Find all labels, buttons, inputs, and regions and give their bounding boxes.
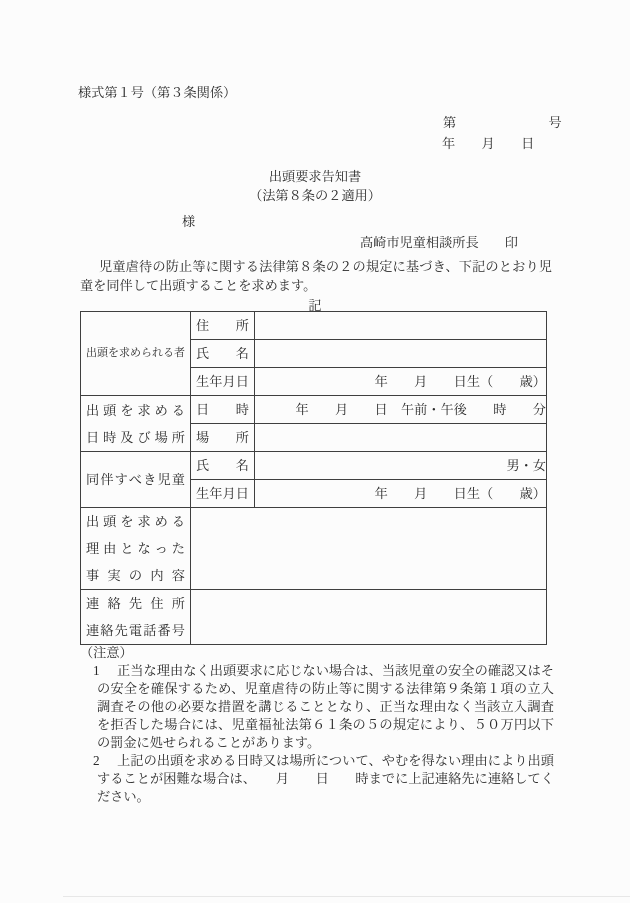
field-label-place: 場所 <box>191 424 255 452</box>
body-paragraph: 児童虐待の防止等に関する法律第８条の２の規定に基づき、下記のとおり児童を同伴して… <box>80 257 552 295</box>
value-datetime: 年 月 日 午前・午後 時 分 <box>255 396 547 424</box>
field-label-child-birth: 生年月日 <box>191 480 255 508</box>
group-label-reason: 出頭を求める理由となった事実の内容 <box>81 508 191 590</box>
field-label-datetime: 日時 <box>191 396 255 424</box>
group-label-contact: 連絡先住所連絡先電話番号 <box>81 590 191 645</box>
group-label-child: 同伴すべき児童 <box>81 452 191 508</box>
document-title: 出頭要求告知書 <box>0 166 630 185</box>
value-place <box>255 424 547 452</box>
document-page: 様式第１号（第３条関係） 第 号 年 月 日 出頭要求告知書 （法第８条の２適用… <box>0 0 630 903</box>
field-label-summoned-birth: 生年月日 <box>191 368 255 396</box>
note-item-1: 1正当な理由なく出頭要求に応じない場合は、当該児童の安全の確認又はその安全を確保… <box>97 662 554 752</box>
value-contact <box>191 590 547 645</box>
table-row: 出頭を求められる者 住所 <box>81 312 547 340</box>
field-label-child-name: 氏名 <box>191 452 255 480</box>
value-reason <box>191 508 547 590</box>
note-number-2: 2 <box>93 752 117 770</box>
summon-table: 出頭を求められる者 住所 氏名 生年月日 年 月 日生（ 歳） 出頭を求める日時… <box>80 311 547 645</box>
note-text-2: 上記の出頭を求める日時又は場所について、やむを得ない理由により出頭することが困難… <box>97 753 554 804</box>
value-summoned-address <box>255 312 547 340</box>
note-item-2: 2上記の出頭を求める日時又は場所について、やむを得ない理由により出頭することが困… <box>97 752 554 806</box>
form-id: 様式第１号（第３条関係） <box>78 82 236 101</box>
page-edge-line <box>63 896 630 897</box>
notes-heading: （注意） <box>80 644 554 662</box>
issuer-name: 高崎市児童相談所長 <box>360 235 479 250</box>
note-text-1: 正当な理由なく出頭要求に応じない場合は、当該児童の安全の確認又はその安全を確保す… <box>97 663 554 750</box>
table-row: 出頭を求める理由となった事実の内容 <box>81 508 547 590</box>
recipient-honorific: 様 <box>182 211 195 230</box>
field-label-summoned-name: 氏名 <box>191 340 255 368</box>
document-subtitle: （法第８条の２適用） <box>0 185 630 204</box>
seal-label: 印 <box>505 235 518 250</box>
value-summoned-name <box>255 340 547 368</box>
document-date-line: 年 月 日 <box>442 133 534 152</box>
group-label-summoned: 出頭を求められる者 <box>81 312 191 396</box>
note-number-1: 1 <box>93 662 117 680</box>
table-row: 同伴すべき児童 氏名 男・女 <box>81 452 547 480</box>
summon-table-wrap: 出頭を求められる者 住所 氏名 生年月日 年 月 日生（ 歳） 出頭を求める日時… <box>80 311 547 645</box>
table-row: 出頭を求める日時及び場所 日時 年 月 日 午前・午後 時 分 <box>81 396 547 424</box>
notes-section: （注意） 1正当な理由なく出頭要求に応じない場合は、当該児童の安全の確認又はその… <box>80 644 554 806</box>
group-label-datetime-place: 出頭を求める日時及び場所 <box>81 396 191 452</box>
value-summoned-birth: 年 月 日生（ 歳） <box>255 368 547 396</box>
table-row: 連絡先住所連絡先電話番号 <box>81 590 547 645</box>
issuer-line: 高崎市児童相談所長印 <box>360 232 518 251</box>
field-label-address: 住所 <box>191 312 255 340</box>
document-number-line: 第 号 <box>443 112 562 131</box>
value-child-birth: 年 月 日生（ 歳） <box>255 480 547 508</box>
value-child-sex: 男・女 <box>255 452 547 480</box>
